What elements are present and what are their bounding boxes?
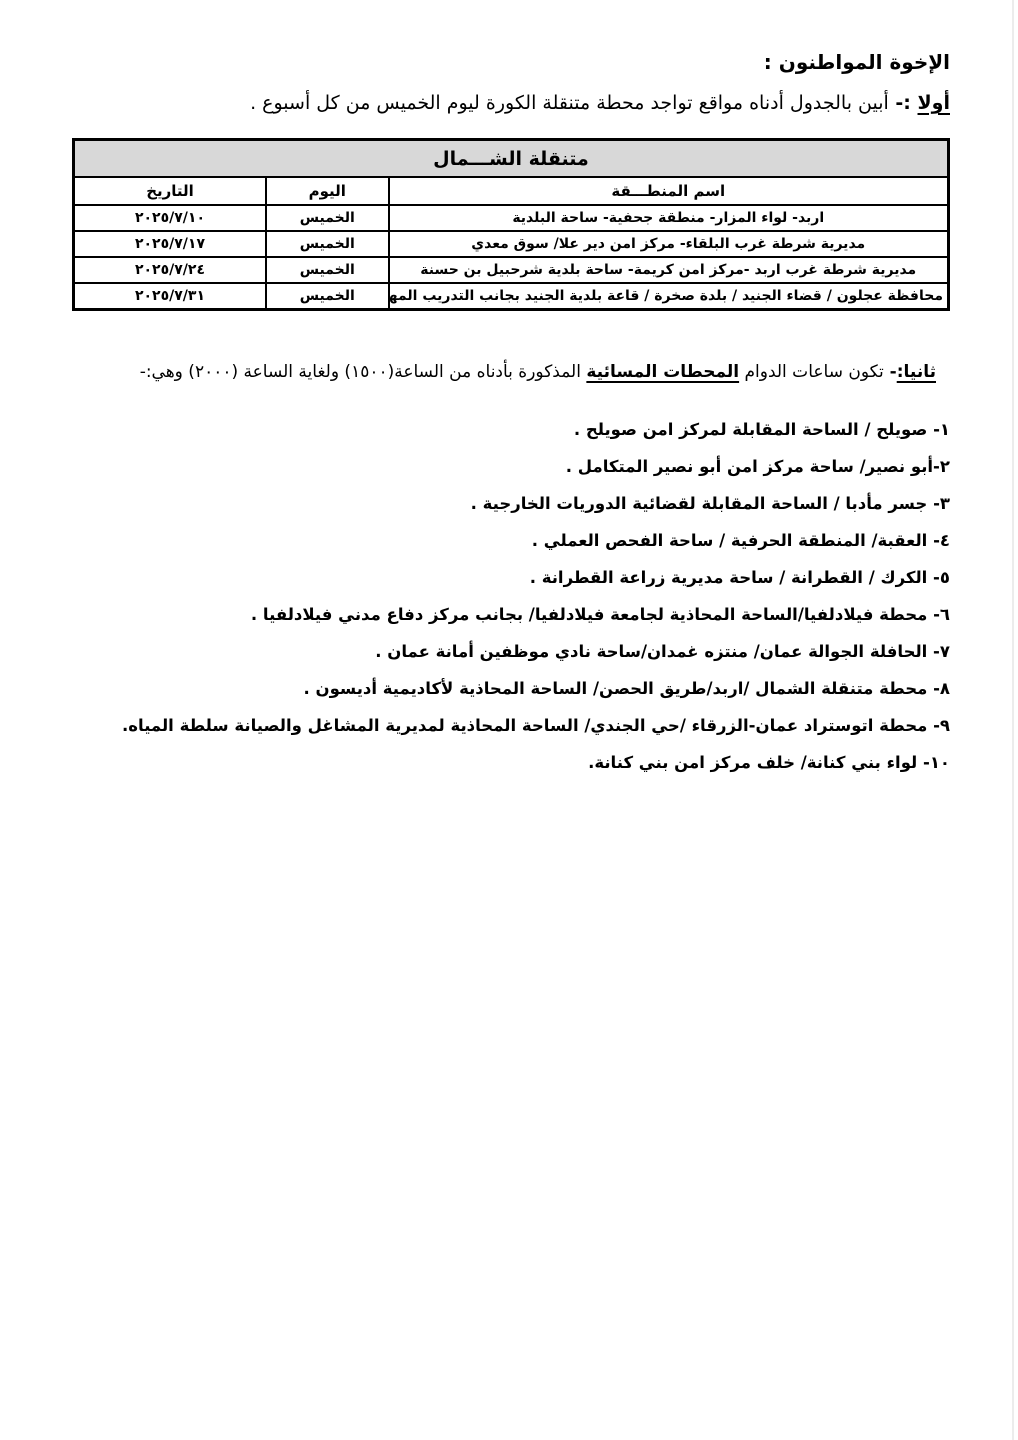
second-clause-text-after: المذكورة بأدناه من الساعة(١٥٠٠) ولغاية ا… (140, 362, 587, 382)
day-cell: الخميس (266, 205, 389, 231)
evening-stations-list: ١- صويلح / الساحة المقابلة لمركز امن صوي… (70, 411, 950, 781)
day-cell: الخميس (266, 257, 389, 283)
column-header-date: التاريخ (74, 177, 267, 205)
station-item: ٢-أبو نصير/ ساحة مركز امن أبو نصير المتك… (70, 448, 950, 485)
first-clause: أولا :- أبين بالجدول أدناه مواقع تواجد م… (70, 88, 950, 118)
table-row: مديرية شرطة غرب البلقاء- مركز امن دير عل… (74, 231, 949, 257)
station-item: ١- صويلح / الساحة المقابلة لمركز امن صوي… (70, 411, 950, 448)
station-item: ٦- محطة فيلادلفيا/الساحة المحاذية لجامعة… (70, 596, 950, 633)
document-content: الإخوة المواطنون : أولا :- أبين بالجدول … (0, 0, 1018, 781)
date-cell: ٢٠٢٥/٧/١٧ (74, 231, 267, 257)
second-clause-text-before: تكون ساعات الدوام (739, 362, 884, 382)
column-header-day: اليوم (266, 177, 389, 205)
station-item: ٥- الكرك / القطرانة / ساحة مديرية زراعة … (70, 559, 950, 596)
table-row: مديرية شرطة غرب اربد -مركز امن كريمة- سا… (74, 257, 949, 283)
region-cell: مديرية شرطة غرب اربد -مركز امن كريمة- سا… (389, 257, 949, 283)
second-clause: ثانيا:- تكون ساعات الدوام المحطات المسائ… (70, 357, 936, 387)
date-cell: ٢٠٢٥/٧/٢٤ (74, 257, 267, 283)
date-cell: ٢٠٢٥/٧/١٠ (74, 205, 267, 231)
station-item: ٣- جسر مأدبا / الساحة المقابلة لقضائية ا… (70, 485, 950, 522)
citizens-heading: الإخوة المواطنون : (70, 48, 950, 76)
table-title-row: متنقلة الشـــمال (74, 140, 949, 178)
table-row: اربد- لواء المزار- منطقة جحفية- ساحة الب… (74, 205, 949, 231)
station-item: ١٠- لواء بني كنانة/ خلف مركز امن بني كنا… (70, 744, 950, 781)
document-page: الإخوة المواطنون : أولا :- أبين بالجدول … (0, 0, 1018, 1440)
scan-edge-line (1012, 0, 1014, 1440)
evening-stations-emphasis: المحطات المسائية (586, 362, 739, 382)
first-clause-text: أبين بالجدول أدناه مواقع تواجد محطة متنق… (250, 92, 889, 114)
table-title: متنقلة الشـــمال (74, 140, 949, 178)
region-cell: محافظة عجلون / قضاء الجنيد / بلدة صخرة /… (389, 283, 949, 310)
column-header-region: اسم المنطـــقة (389, 177, 949, 205)
date-cell: ٢٠٢٥/٧/٣١ (74, 283, 267, 310)
table-row: محافظة عجلون / قضاء الجنيد / بلدة صخرة /… (74, 283, 949, 310)
first-clause-label: أولا (918, 92, 950, 114)
second-clause-dash: - (884, 362, 897, 382)
day-cell: الخميس (266, 283, 389, 310)
schedule-table: متنقلة الشـــمال اسم المنطـــقة اليوم ال… (72, 138, 950, 311)
station-item: ٧- الحافلة الجوالة عمان/ منتزه غمدان/ساح… (70, 633, 950, 670)
region-cell: اربد- لواء المزار- منطقة جحفية- ساحة الب… (389, 205, 949, 231)
region-cell: مديرية شرطة غرب البلقاء- مركز امن دير عل… (389, 231, 949, 257)
day-cell: الخميس (266, 231, 389, 257)
first-clause-separator: :- (889, 92, 918, 114)
station-item: ٤- العقبة/ المنطقة الحرفية / ساحة الفحص … (70, 522, 950, 559)
second-clause-label: ثانيا: (897, 362, 936, 382)
station-item: ٨- محطة متنقلة الشمال /اربد/طريق الحصن/ … (70, 670, 950, 707)
station-item: ٩- محطة اتوستراد عمان-الزرقاء /حي الجندي… (70, 707, 950, 744)
table-header-row: اسم المنطـــقة اليوم التاريخ (74, 177, 949, 205)
